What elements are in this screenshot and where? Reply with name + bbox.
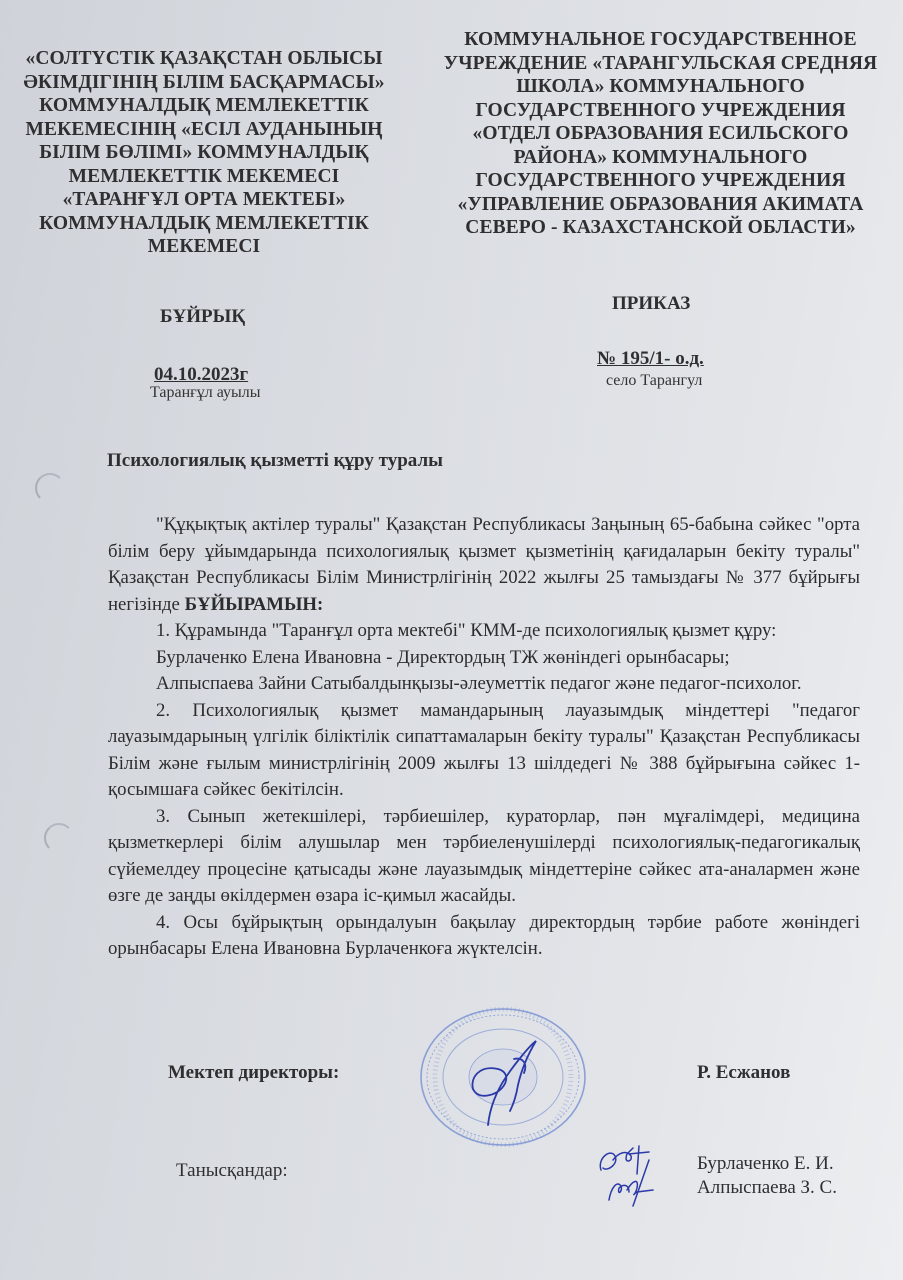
- acknowledged-name: Бурлаченко Е. И.: [697, 1152, 837, 1176]
- header-kazakh: «СОЛТҮСТІК ҚАЗАҚСТАН ОБЛЫСЫ ӘКІМДІГІНІҢ …: [22, 47, 386, 259]
- header-russian: КОММУНАЛЬНОЕ ГОСУДАРСТВЕННОЕ УЧРЕЖДЕНИЕ …: [438, 28, 883, 240]
- header-line: ӘКІМДІГІНІҢ БІЛІМ БАСҚАРМАСЫ»: [22, 71, 386, 95]
- place-kazakh: Таранғұл ауылы: [150, 384, 260, 402]
- punch-hole-mark: [44, 823, 74, 853]
- command-word: БҰЙЫРАМЫН:: [185, 594, 324, 615]
- item-3: 3. Сынып жетекшілері, тәрбиешілер, курат…: [108, 804, 860, 910]
- order-body: "Құқықтық актілер туралы" Қазақстан Респ…: [108, 512, 860, 963]
- order-date: 04.10.2023г: [154, 364, 248, 386]
- member-1: Бурлаченко Елена Ивановна - Директордың …: [108, 645, 860, 672]
- header-line: УЧРЕЖДЕНИЕ «ТАРАНГУЛЬСКАЯ СРЕДНЯЯ: [438, 52, 883, 76]
- header-line: СЕВЕРО - КАЗАХСТАНСКОЙ ОБЛАСТИ»: [438, 216, 883, 240]
- punch-hole-mark: [35, 473, 65, 503]
- member-2: Алпыспаева Зайни Сатыбалдынқызы-әлеуметт…: [108, 671, 860, 698]
- place-russian: село Тарангул: [606, 372, 702, 390]
- header-line: ШКОЛА» КОММУНАЛЬНОГО: [438, 75, 883, 99]
- header-line: «СОЛТҮСТІК ҚАЗАҚСТАН ОБЛЫСЫ: [22, 47, 386, 71]
- order-document: «СОЛТҮСТІК ҚАЗАҚСТАН ОБЛЫСЫ ӘКІМДІГІНІҢ …: [0, 0, 903, 1280]
- header-line: «ОТДЕЛ ОБРАЗОВАНИЯ ЕСИЛЬСКОГО: [438, 122, 883, 146]
- header-line: КОММУНАЛДЫҚ МЕМЛЕКЕТТІК: [22, 94, 386, 118]
- item-1: 1. Құрамында "Таранғұл орта мектебі" КММ…: [108, 618, 860, 645]
- director-title: Мектеп директоры:: [168, 1062, 339, 1084]
- acknowledgement-signatures-icon: [593, 1140, 673, 1210]
- header-line: КОММУНАЛДЫҚ МЕМЛЕКЕТТІК: [22, 212, 386, 236]
- header-line: КОММУНАЛЬНОЕ ГОСУДАРСТВЕННОЕ: [438, 28, 883, 52]
- header-line: БІЛІМ БӨЛІМІ» КОММУНАЛДЫҚ: [22, 141, 386, 165]
- header-line: ГОСУДАРСТВЕННОГО УЧРЕЖДЕНИЯ: [438, 169, 883, 193]
- header-line: РАЙОНА» КОММУНАЛЬНОГО: [438, 146, 883, 170]
- intro-paragraph: "Құқықтық актілер туралы" Қазақстан Респ…: [108, 512, 860, 618]
- acknowledged-names: Бурлаченко Е. И. Алпыспаева З. С.: [697, 1152, 837, 1200]
- acknowledged-label: Танысқандар:: [176, 1160, 288, 1182]
- header-line: МЕМЛЕКЕТТІК МЕКЕМЕСІ: [22, 165, 386, 189]
- header-line: МЕКЕМЕСІНІҢ «ЕСІЛ АУДАНЫНЫҢ: [22, 118, 386, 142]
- acknowledged-name: Алпыспаева З. С.: [697, 1176, 837, 1200]
- order-number: № 195/1- о.д.: [597, 348, 704, 370]
- director-name: Р. Есжанов: [697, 1062, 790, 1084]
- header-line: ГОСУДАРСТВЕННОГО УЧРЕЖДЕНИЯ: [438, 99, 883, 123]
- header-line: «ТАРАНҒҰЛ ОРТА МЕКТЕБІ»: [22, 188, 386, 212]
- header-line: «УПРАВЛЕНИЕ ОБРАЗОВАНИЯ АКИМАТА: [438, 193, 883, 217]
- item-4: 4. Осы бұйрықтың орындалуын бақылау дире…: [108, 910, 860, 963]
- official-stamp-icon: [418, 1007, 588, 1147]
- header-line: МЕКЕМЕСІ: [22, 235, 386, 259]
- order-subject: Психологиялық қызметті құру туралы: [107, 450, 443, 472]
- item-2: 2. Психологиялық қызмет мамандарының лау…: [108, 698, 860, 804]
- order-type-kazakh: БҰЙРЫҚ: [160, 306, 245, 328]
- order-type-russian: ПРИКАЗ: [612, 293, 690, 315]
